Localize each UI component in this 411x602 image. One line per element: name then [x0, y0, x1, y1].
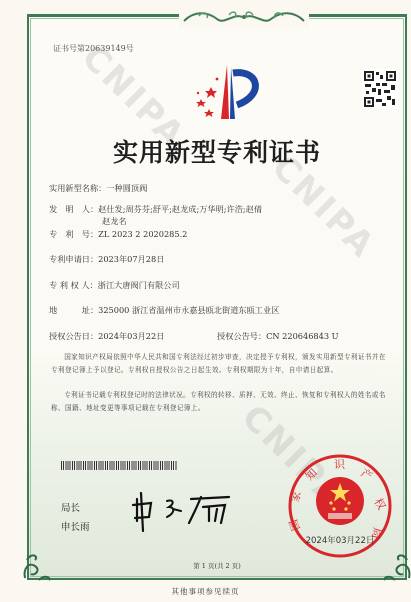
field-value: 2023年07月28日 [98, 254, 164, 265]
svg-text:家: 家 [287, 490, 303, 504]
official-seal-icon: 知 识 产 权 局 家 国 2024年03月22日 [284, 451, 396, 561]
field-value: CN 220646843 U [266, 331, 338, 342]
svg-text:权: 权 [371, 496, 389, 513]
field-label: 实用新型名称： [49, 183, 106, 194]
field-label: 专 利 权 人： [49, 280, 98, 291]
field-filing-date: 专利申请日： 2023年07月28日 [49, 254, 164, 265]
field-label: 授权公告号： [217, 331, 266, 342]
signature-icon [129, 487, 239, 532]
field-label: 专 利 号： [49, 229, 98, 240]
field-label: 专利申请日： [49, 254, 98, 265]
field-utility-model-name: 实用新型名称： 一种圆顶阀 [49, 183, 147, 194]
top-ornament [179, 7, 309, 29]
field-grant-number: 授权公告号： CN 220646843 U [217, 331, 339, 342]
field-value: 赵龙名 [102, 216, 127, 227]
legal-status-paragraph: 专利证书记载专利权登记时的法律状况。专利权的转移、质押、无效、终止、恢复和专利权… [51, 389, 391, 414]
field-value: 赵仕发;周芬芬;舒平;赵龙成;万华明;许浩;赵倩 [98, 204, 262, 215]
field-value: 325000 浙江省温州市永嘉县瓯北街道东瓯工业区 [98, 305, 279, 316]
field-value: 浙江大唐阀门有限公司 [98, 280, 180, 291]
field-inventors-line2: 赵龙名 [102, 216, 127, 227]
field-value: 一种圆顶阀 [106, 183, 147, 194]
barcode [61, 461, 177, 470]
field-patentee: 专 利 权 人： 浙江大唐阀门有限公司 [49, 280, 180, 291]
director-name: 申长雨 [61, 519, 90, 533]
field-label: 授权公告日： [49, 331, 98, 342]
qr-code-icon[interactable] [362, 69, 398, 109]
field-grant-date: 授权公告日： 2024年03月22日 [49, 331, 164, 342]
svg-text:识: 识 [334, 458, 346, 471]
certificate-number: 证书号第20639149号 [53, 43, 134, 54]
field-label: 地 址： [49, 305, 98, 316]
seal-date: 2024年03月22日 [306, 535, 375, 546]
field-value: ZL 2023 2 2020285.2 [98, 229, 187, 240]
page-number: 第 1 页(共 2 页) [29, 561, 405, 570]
cnipa-logo-icon [181, 59, 271, 125]
field-address: 地 址： 325000 浙江省温州市永嘉县瓯北街道东瓯工业区 [49, 305, 279, 316]
grant-statement-paragraph: 国家知识产权局依照中华人民共和国专利法经过初步审查，决定授予专利权，颁发实用新型… [51, 351, 391, 376]
certificate-title: 实用新型专利证书 [29, 133, 405, 169]
field-patent-number: 专 利 号： ZL 2023 2 2020285.2 [49, 229, 187, 240]
floral-ornament-icon [179, 7, 309, 29]
svg-text:国: 国 [287, 518, 303, 533]
director-title: 局长 [61, 500, 80, 514]
field-inventors: 发 明 人： 赵仕发;周芬芬;舒平;赵龙成;万华明;许浩;赵倩 [49, 204, 262, 215]
field-value: 2024年03月22日 [98, 331, 164, 342]
certificate-frame: CNIPA CNIPA CNIPA 证书号第20639149号 实用新型专利证书… [27, 14, 407, 580]
field-label: 发 明 人： [49, 204, 98, 215]
footer-note: 其他事项参见续页 [0, 586, 411, 597]
